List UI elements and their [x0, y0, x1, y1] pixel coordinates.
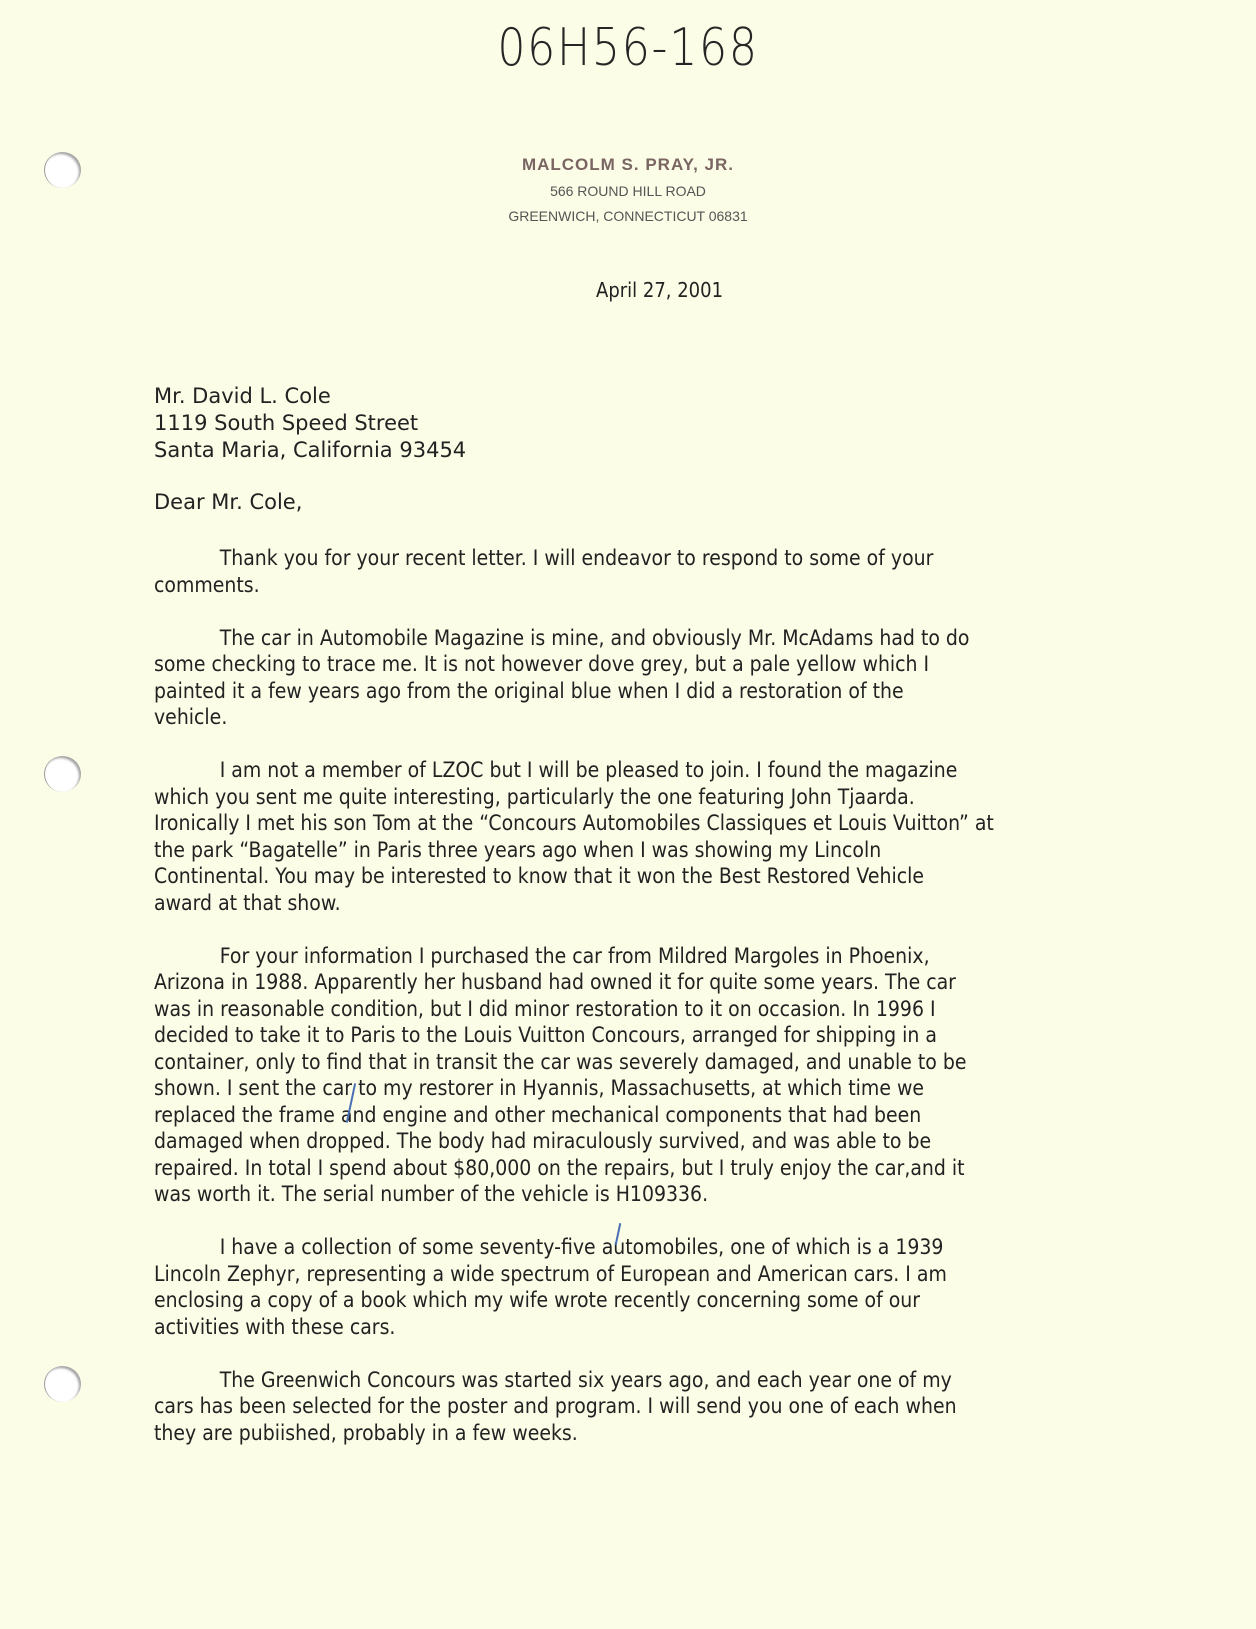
binder-hole-middle	[44, 756, 81, 792]
letterhead-address-city: GREENWICH, CONNECTICUT 06831	[0, 208, 1256, 224]
recipient-name: Mr. David L. Cole	[154, 383, 466, 410]
letterhead-address-street: 566 ROUND HILL ROAD	[0, 183, 1256, 199]
paragraph-5: I have a collection of some seventy-five…	[154, 1234, 1018, 1340]
paragraph-3: I am not a member of LZOC but I will be …	[154, 757, 1018, 916]
recipient-street: 1119 South Speed Street	[154, 410, 466, 437]
binder-hole-bottom	[44, 1366, 81, 1402]
recipient-city: Santa Maria, California 93454	[154, 437, 466, 464]
paragraph-6: The Greenwich Concours was started six y…	[154, 1367, 1018, 1447]
paragraph-4: For your information I purchased the car…	[154, 943, 1018, 1208]
handwritten-document-id: 06H56-168	[94, 18, 1162, 78]
salutation: Dear Mr. Cole,	[154, 490, 302, 514]
paragraph-2: The car in Automobile Magazine is mine, …	[154, 625, 1018, 731]
letterhead-name: MALCOLM S. PRAY, JR.	[0, 155, 1256, 175]
paragraph-1: Thank you for your recent letter. I will…	[154, 545, 1018, 598]
letter-body: Thank you for your recent letter. I will…	[154, 545, 1018, 1473]
letter-date: April 27, 2001	[596, 278, 723, 302]
recipient-block: Mr. David L. Cole 1119 South Speed Stree…	[154, 383, 466, 464]
